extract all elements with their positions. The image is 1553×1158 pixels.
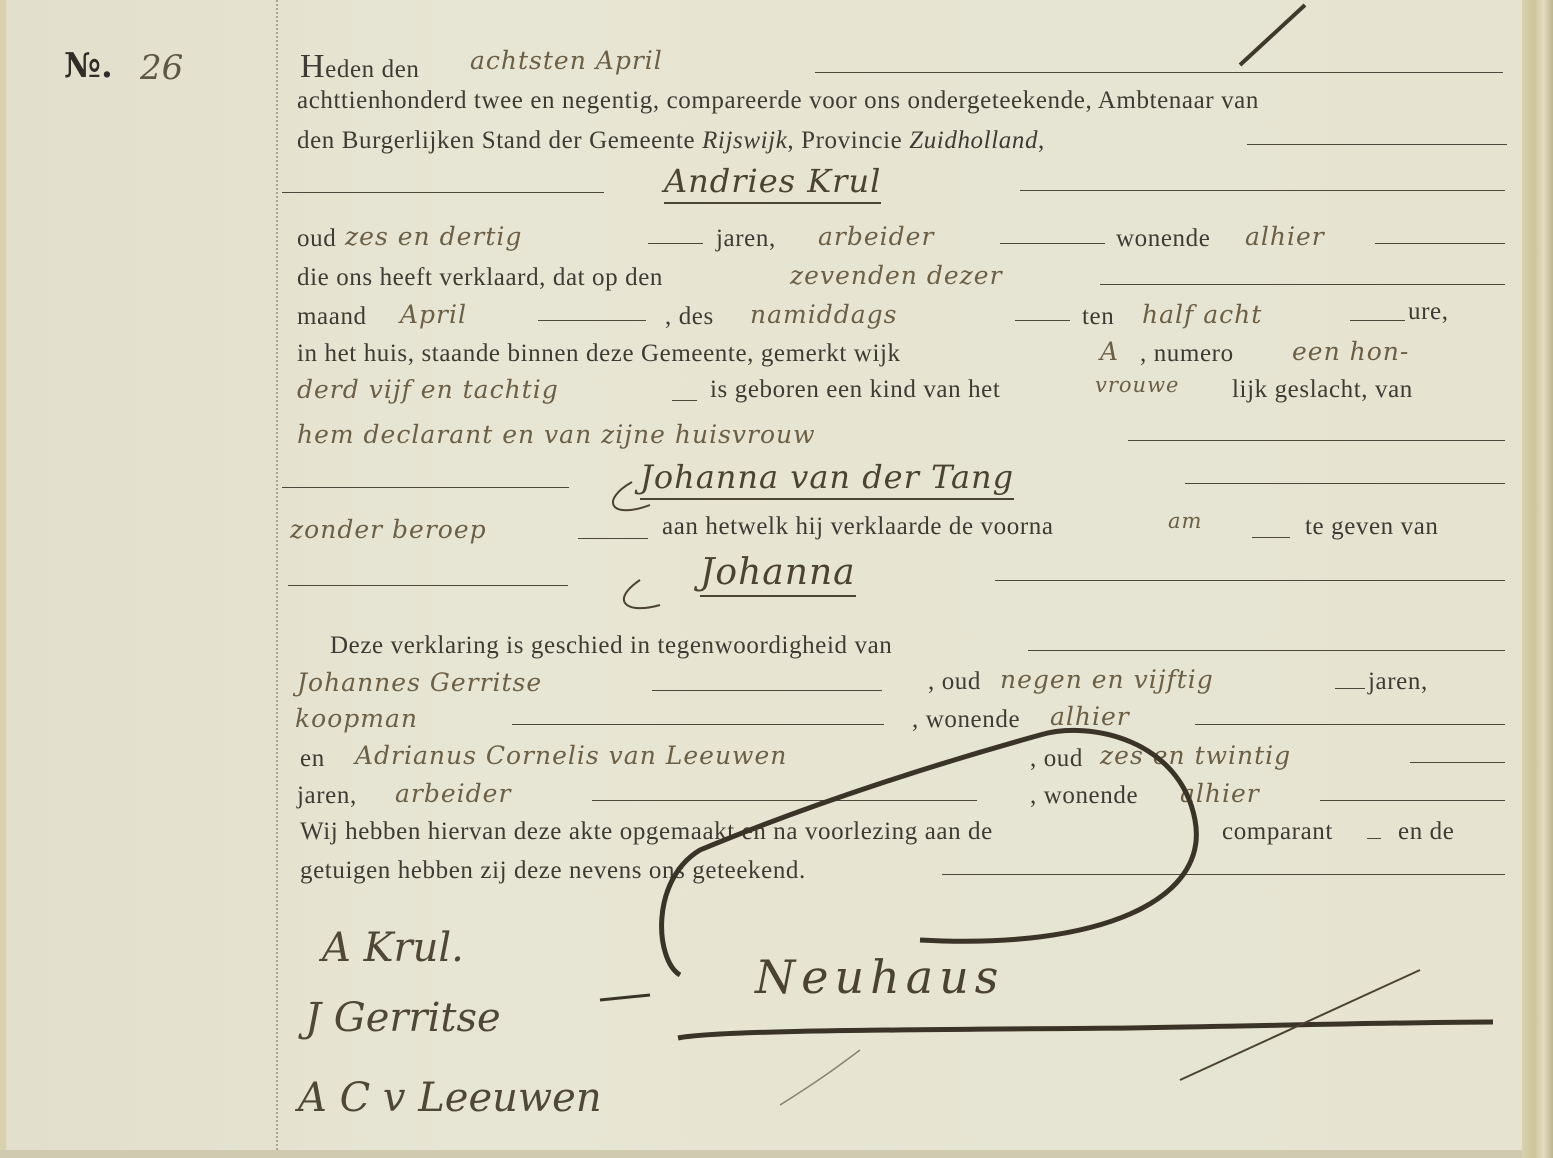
fill-line xyxy=(1335,688,1365,689)
oud-label: , oud xyxy=(928,668,981,696)
line-3: den Burgerlijken Stand der Gemeente Rijs… xyxy=(297,127,1045,155)
declarant-age: zes en dertig xyxy=(345,222,522,251)
fill-line xyxy=(648,243,703,244)
page-edge xyxy=(0,0,6,1158)
fill-line xyxy=(578,538,648,539)
fill-line xyxy=(512,724,884,725)
fill-line xyxy=(995,580,1505,581)
jaren-label: jaren, xyxy=(716,225,776,253)
declarant-residence: alhier xyxy=(1245,222,1325,251)
line-2-printed: achttienhonderd twee en negentig, compar… xyxy=(297,87,1259,115)
fill-line xyxy=(1185,483,1505,484)
mother-name-text: Johanna van der Tang xyxy=(640,458,1014,500)
declarant-name-text: Andries Krul xyxy=(664,162,881,204)
jaren-label: jaren, xyxy=(297,782,357,810)
numero-label: , numero xyxy=(1140,340,1234,368)
fill-line xyxy=(282,487,569,488)
oud-label: , oud xyxy=(1030,745,1083,773)
voornaam-suffix: am xyxy=(1168,509,1202,533)
mother-occupation: zonder beroep xyxy=(290,515,487,544)
en-label: en xyxy=(300,745,325,773)
fill-line xyxy=(672,400,697,401)
fill-line xyxy=(282,192,604,193)
part-of-day: namiddags xyxy=(750,300,897,329)
fill-line xyxy=(652,690,882,691)
witness-1-age: negen en vijftig xyxy=(1000,665,1214,694)
oud-label: oud xyxy=(297,225,336,253)
line-6-printed: die ons heeft verklaard, dat op den xyxy=(297,264,663,292)
house-number-part-2: derd vijf en tachtig xyxy=(297,375,559,404)
birth-month: April xyxy=(400,300,467,329)
fill-line xyxy=(942,874,1505,875)
declarant-name: Andries Krul xyxy=(664,162,881,200)
line-19-printed: Wij hebben hiervan deze akte opgemaakt e… xyxy=(300,818,993,846)
des-label: , des xyxy=(665,303,714,331)
provincie-label: , Provincie xyxy=(787,127,902,154)
fill-line xyxy=(592,800,977,801)
birth-registration-date: achtsten April xyxy=(470,46,663,75)
signature-witness-1: J Gerritse xyxy=(305,995,501,1041)
witness-1-name: Johannes Gerritse xyxy=(297,668,542,697)
en-de-label: en de xyxy=(1398,818,1454,846)
jaren-label: jaren, xyxy=(1368,668,1428,696)
fill-line xyxy=(1320,800,1505,801)
mother-name: Johanna van der Tang xyxy=(640,458,1014,496)
fill-line xyxy=(1375,243,1505,244)
heden-rest: eden den xyxy=(325,56,419,83)
fill-line xyxy=(1028,650,1505,651)
line-12-printed: aan hetwelk hij verklaarde de voorna xyxy=(662,513,1054,541)
witness-1-occupation: koopman xyxy=(295,704,418,733)
witness-2-residence: alhier xyxy=(1180,779,1260,808)
child-name: Johanna xyxy=(700,552,856,593)
fill-line xyxy=(538,320,646,321)
perforation-line xyxy=(276,0,280,1158)
birth-day: zevenden dezer xyxy=(790,261,1003,290)
line-20-printed: getuigen hebben zij deze nevens ons gete… xyxy=(300,857,806,885)
fill-line xyxy=(1000,243,1105,244)
wonende-label: , wonende xyxy=(1030,782,1138,810)
fill-line xyxy=(1100,284,1505,285)
te-geven-van-label: te geven van xyxy=(1305,513,1439,541)
line-1-printed: Heden den xyxy=(300,48,420,86)
witness-2-age: zes en twintig xyxy=(1100,741,1291,770)
fill-line xyxy=(1128,440,1505,441)
child-sex: vrouwe xyxy=(1095,373,1179,397)
wonende-label: , wonende xyxy=(912,706,1020,734)
birth-time: half acht xyxy=(1142,300,1262,329)
maand-label: maand xyxy=(297,303,367,331)
province-name: Zuidholland xyxy=(909,127,1038,154)
fill-line xyxy=(1020,190,1505,191)
signature-witness-2: A C v Leeuwen xyxy=(298,1075,602,1121)
record-number-value: 26 xyxy=(140,48,183,88)
line-14-printed: Deze verklaring is geschied in tegenwoor… xyxy=(330,632,892,660)
fill-line xyxy=(1350,320,1405,321)
witness-1-residence: alhier xyxy=(1050,702,1130,731)
gemeente-label: den Burgerlijken Stand der Gemeente xyxy=(297,127,695,154)
wonende-label: wonende xyxy=(1116,225,1210,253)
signature-official: Neuhaus xyxy=(755,950,1004,1004)
fill-line xyxy=(1195,724,1505,725)
mother-intro: hem declarant en van zijne huisvrouw xyxy=(297,420,816,449)
line-8-printed: in het huis, staande binnen deze Gemeent… xyxy=(297,340,901,368)
fill-line xyxy=(1252,537,1290,538)
comma: , xyxy=(1038,127,1045,154)
fill-line xyxy=(1367,838,1381,839)
comparant-label: comparant xyxy=(1222,818,1333,846)
signature-declarant: A Krul. xyxy=(322,925,464,971)
witness-2-occupation: arbeider xyxy=(395,779,511,808)
declarant-occupation: arbeider xyxy=(818,222,934,251)
fill-line xyxy=(1015,320,1070,321)
line-9-printed: is geboren een kind van het xyxy=(710,376,1000,404)
page-bottom-edge xyxy=(0,1150,1522,1158)
register-page: №. 26 Heden den achtsten April achttienh… xyxy=(0,0,1522,1158)
ure-label: ure, xyxy=(1408,298,1449,326)
ten-label: ten xyxy=(1082,303,1114,331)
fill-line xyxy=(1410,762,1505,763)
geslacht-label: lijk geslacht, van xyxy=(1232,376,1413,404)
child-name-text: Johanna xyxy=(700,552,856,597)
fill-line xyxy=(1247,144,1507,145)
record-number-label: №. xyxy=(64,46,113,86)
municipality-name: Rijswijk xyxy=(702,127,787,154)
wijk-letter: A xyxy=(1100,337,1119,366)
fill-line xyxy=(288,585,568,586)
book-spine xyxy=(1522,0,1553,1158)
house-number-part-1: een hon- xyxy=(1292,337,1409,366)
fill-line xyxy=(815,72,1503,73)
witness-2-name: Adrianus Cornelis van Leeuwen xyxy=(355,741,787,770)
